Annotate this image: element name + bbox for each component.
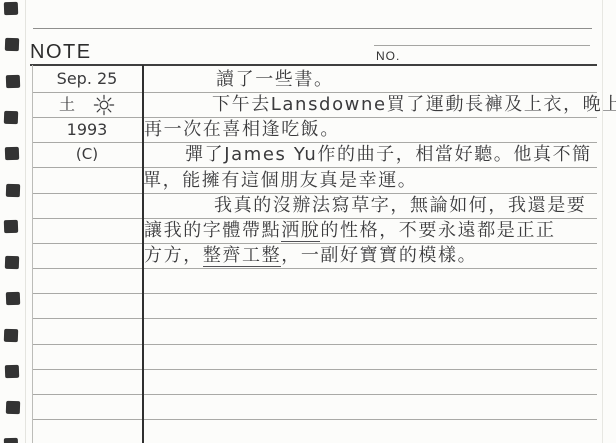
text-segment: 讀了一些書。 (216, 69, 334, 90)
binding-hole (5, 365, 19, 378)
underlined-text: 整齊工整 (203, 245, 281, 267)
text-segment: 彈了James Yu作的曲子，相當好聽。他真不簡 (185, 144, 592, 165)
ruled-line (32, 268, 597, 269)
paper-right-edge (602, 0, 603, 443)
ruled-line (32, 394, 597, 395)
no-label: NO. (376, 49, 400, 63)
text-segment: 再一次在喜相逢吃飯。 (144, 119, 340, 140)
diary-line: 彈了James Yu作的曲子，相當好聽。他真不簡 (185, 142, 592, 167)
entry-date: Sep. 25 (32, 66, 142, 91)
text-segment: ，一副好寶寶的模樣。 (281, 245, 477, 266)
diary-line: 單，能擁有這個朋友真是幸運。 (143, 168, 417, 193)
ruled-line (32, 318, 597, 319)
ruled-line (32, 344, 597, 345)
diary-line: 讀了一些書。 (216, 67, 334, 92)
no-field-line (374, 45, 590, 46)
binding-hole (4, 328, 18, 341)
ruled-line (32, 293, 597, 294)
sun-icon (93, 94, 115, 116)
underlined-text: 洒脫 (281, 220, 320, 242)
binding-hole (5, 38, 19, 51)
text-segment: 讓我的字體帶點 (144, 220, 281, 241)
binding-hole (6, 183, 20, 196)
text-segment: 的性格，不要永遠都是正正 (320, 220, 555, 241)
diary-line: 再一次在喜相逢吃飯。 (144, 117, 340, 142)
diary-line: 讓我的字體帶點洒脫的性格，不要永遠都是正正 (144, 218, 556, 243)
text-segment: 單，能擁有這個朋友真是幸運。 (143, 170, 417, 191)
diary-line: 下午去Lansdowne買了運動長褲及上衣，晚上 (212, 92, 616, 117)
page-title: NOTE (30, 41, 92, 64)
binding-hole (6, 292, 20, 305)
diary-line: 我真的沒辦法寫草字，無論如何，我還是要 (214, 193, 586, 218)
entry-mark: (C) (32, 142, 142, 167)
binding-hole (5, 256, 19, 269)
text-segment: 下午去Lansdowne買了運動長褲及上衣，晚上 (212, 94, 616, 115)
diary-line: 方方，整齊工整，一副好寶寶的模樣。 (144, 243, 477, 268)
binding-hole (6, 74, 20, 87)
binding-hole (4, 437, 18, 443)
weekday-weather-row: 土 (32, 92, 142, 117)
ruled-line (32, 419, 597, 420)
entry-year: 1993 (32, 117, 142, 142)
scanned-page: NOTE NO. Sep. 25 土 (0, 0, 616, 443)
paper-left-edge-line (25, 0, 26, 443)
top-rule (33, 28, 592, 29)
ruled-line (32, 369, 597, 370)
binding-hole (5, 147, 19, 160)
text-segment: 我真的沒辦法寫草字，無論如何，我還是要 (214, 195, 586, 216)
text-segment: 方方， (144, 245, 203, 266)
binding-hole (4, 2, 18, 15)
binding-hole (4, 220, 18, 233)
binding-hole (6, 401, 20, 414)
weekday-label: 土 (59, 92, 75, 117)
binding-hole (4, 111, 18, 124)
